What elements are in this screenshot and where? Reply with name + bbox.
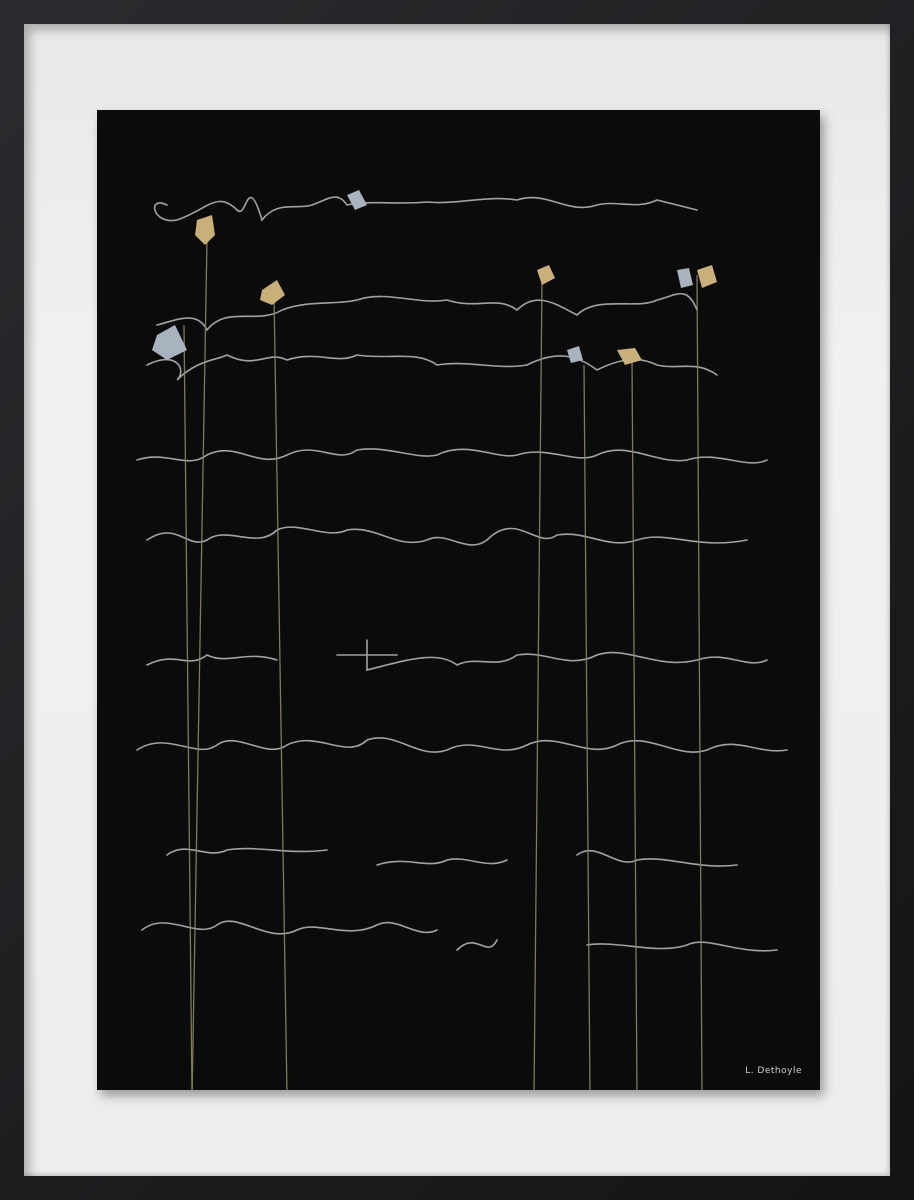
- picture-frame: L. Dethoyle: [0, 0, 914, 1200]
- artist-signature: L. Dethoyle: [745, 1066, 802, 1076]
- asemic-script-drawing: [97, 110, 820, 1090]
- mat-board: L. Dethoyle: [24, 24, 890, 1176]
- black-paper-artwork: L. Dethoyle: [97, 110, 820, 1090]
